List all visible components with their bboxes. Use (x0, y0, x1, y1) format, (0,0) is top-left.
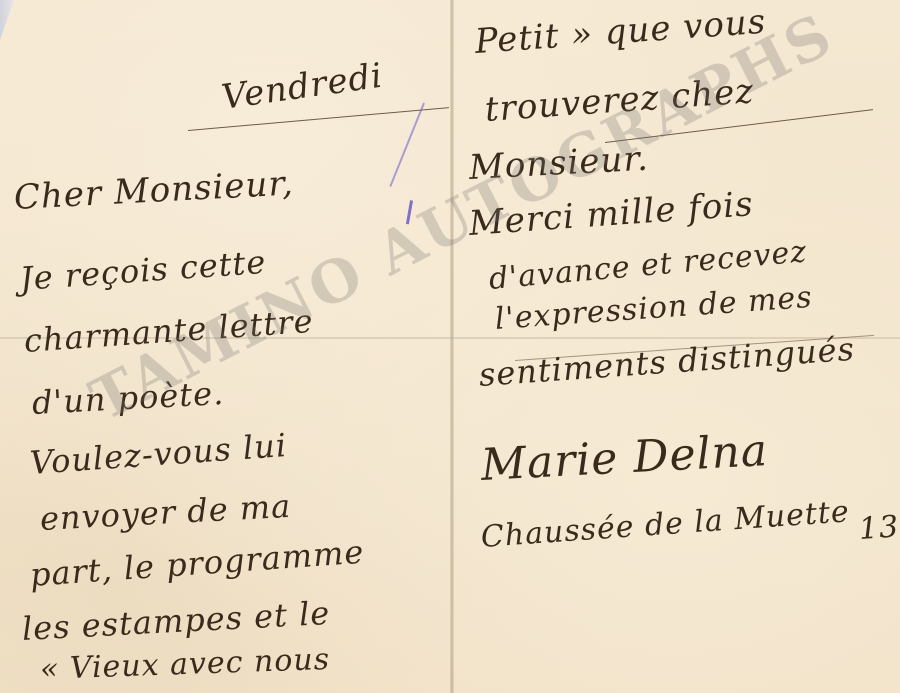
body-line-3: d'un poète. (31, 374, 225, 422)
purple-stamp-mark (406, 200, 413, 224)
address-number: 13 (858, 509, 900, 547)
date-heading: Vendredi (219, 56, 385, 118)
address: Chaussée de la Muette (480, 494, 851, 555)
signature: Marie Delna (480, 425, 770, 491)
body-line-8: « Vieux avec nous (39, 642, 330, 687)
salutation: Cher Monsieur, (13, 163, 295, 218)
purple-pencil-stroke (389, 103, 425, 187)
body-line-6: part, le programme (29, 533, 366, 594)
body-line-10: trouverez chez (484, 71, 756, 130)
body-line-2: charmante lettre (23, 302, 315, 360)
body-line-1: Je reçois cette (19, 243, 268, 298)
body-line-5: envoyer de ma (39, 487, 292, 538)
body-line-4: Voulez-vous lui (29, 426, 289, 482)
body-line-11: Monsieur. (468, 139, 650, 188)
body-line-12: Merci mille fois (468, 184, 755, 244)
center-fold (450, 0, 454, 693)
body-line-15: sentiments distingués (478, 330, 856, 394)
left-page: Vendredi Cher Monsieur, Je reçois cette … (0, 0, 450, 693)
body-line-9: Petit » que vous (474, 2, 768, 62)
letter-sheet: Vendredi Cher Monsieur, Je reçois cette … (0, 0, 900, 693)
body-line-7: les estampes et le (21, 594, 331, 648)
right-page: Petit » que vous trouverez chez Monsieur… (455, 0, 900, 693)
